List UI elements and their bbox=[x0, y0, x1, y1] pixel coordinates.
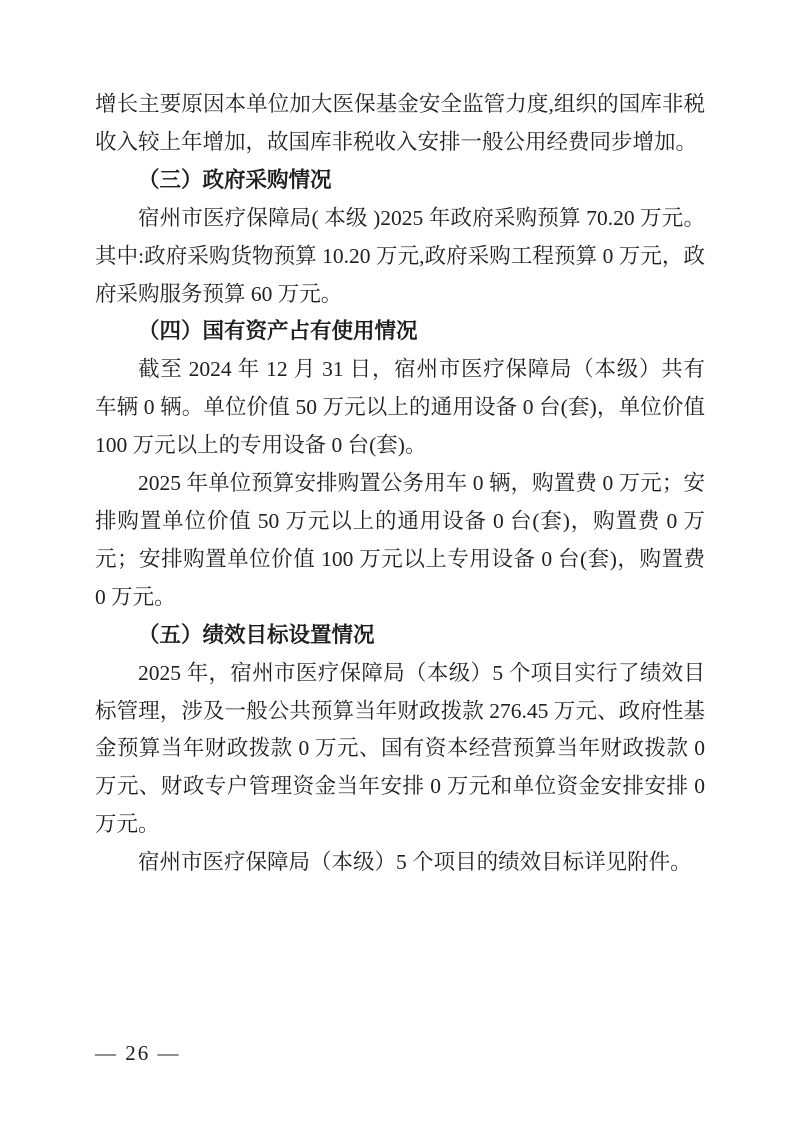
page-number: — 26 — bbox=[95, 1041, 181, 1066]
paragraph-assets-current: 截至 2024 年 12 月 31 日，宿州市医疗保障局（本级）共有车辆 0 辆… bbox=[95, 351, 705, 465]
paragraph-performance-attachment-note: 宿州市医疗保障局（本级）5 个项目的绩效目标详见附件。 bbox=[95, 844, 705, 882]
document-page: 增长主要原因本单位加大医保基金安全监管力度,组织的国库非税收入较上年增加，故国库… bbox=[0, 0, 793, 1122]
section-heading-performance-targets: （五）绩效目标设置情况 bbox=[95, 617, 705, 655]
section-heading-state-assets: （四）国有资产占有使用情况 bbox=[95, 313, 705, 351]
document-body: 增长主要原因本单位加大医保基金安全监管力度,组织的国库非税收入较上年增加，故国库… bbox=[95, 86, 705, 882]
paragraph-continuation: 增长主要原因本单位加大医保基金安全监管力度,组织的国库非税收入较上年增加，故国库… bbox=[95, 86, 705, 162]
paragraph-procurement-details: 宿州市医疗保障局( 本级 )2025 年政府采购预算 70.20 万元。其中:政… bbox=[95, 200, 705, 314]
paragraph-performance-details: 2025 年，宿州市医疗保障局（本级）5 个项目实行了绩效目标管理，涉及一般公共… bbox=[95, 655, 705, 845]
paragraph-assets-budget-2025: 2025 年单位预算安排购置公务用车 0 辆，购置费 0 万元；安排购置单位价值… bbox=[95, 465, 705, 617]
section-heading-government-procurement: （三）政府采购情况 bbox=[95, 162, 705, 200]
